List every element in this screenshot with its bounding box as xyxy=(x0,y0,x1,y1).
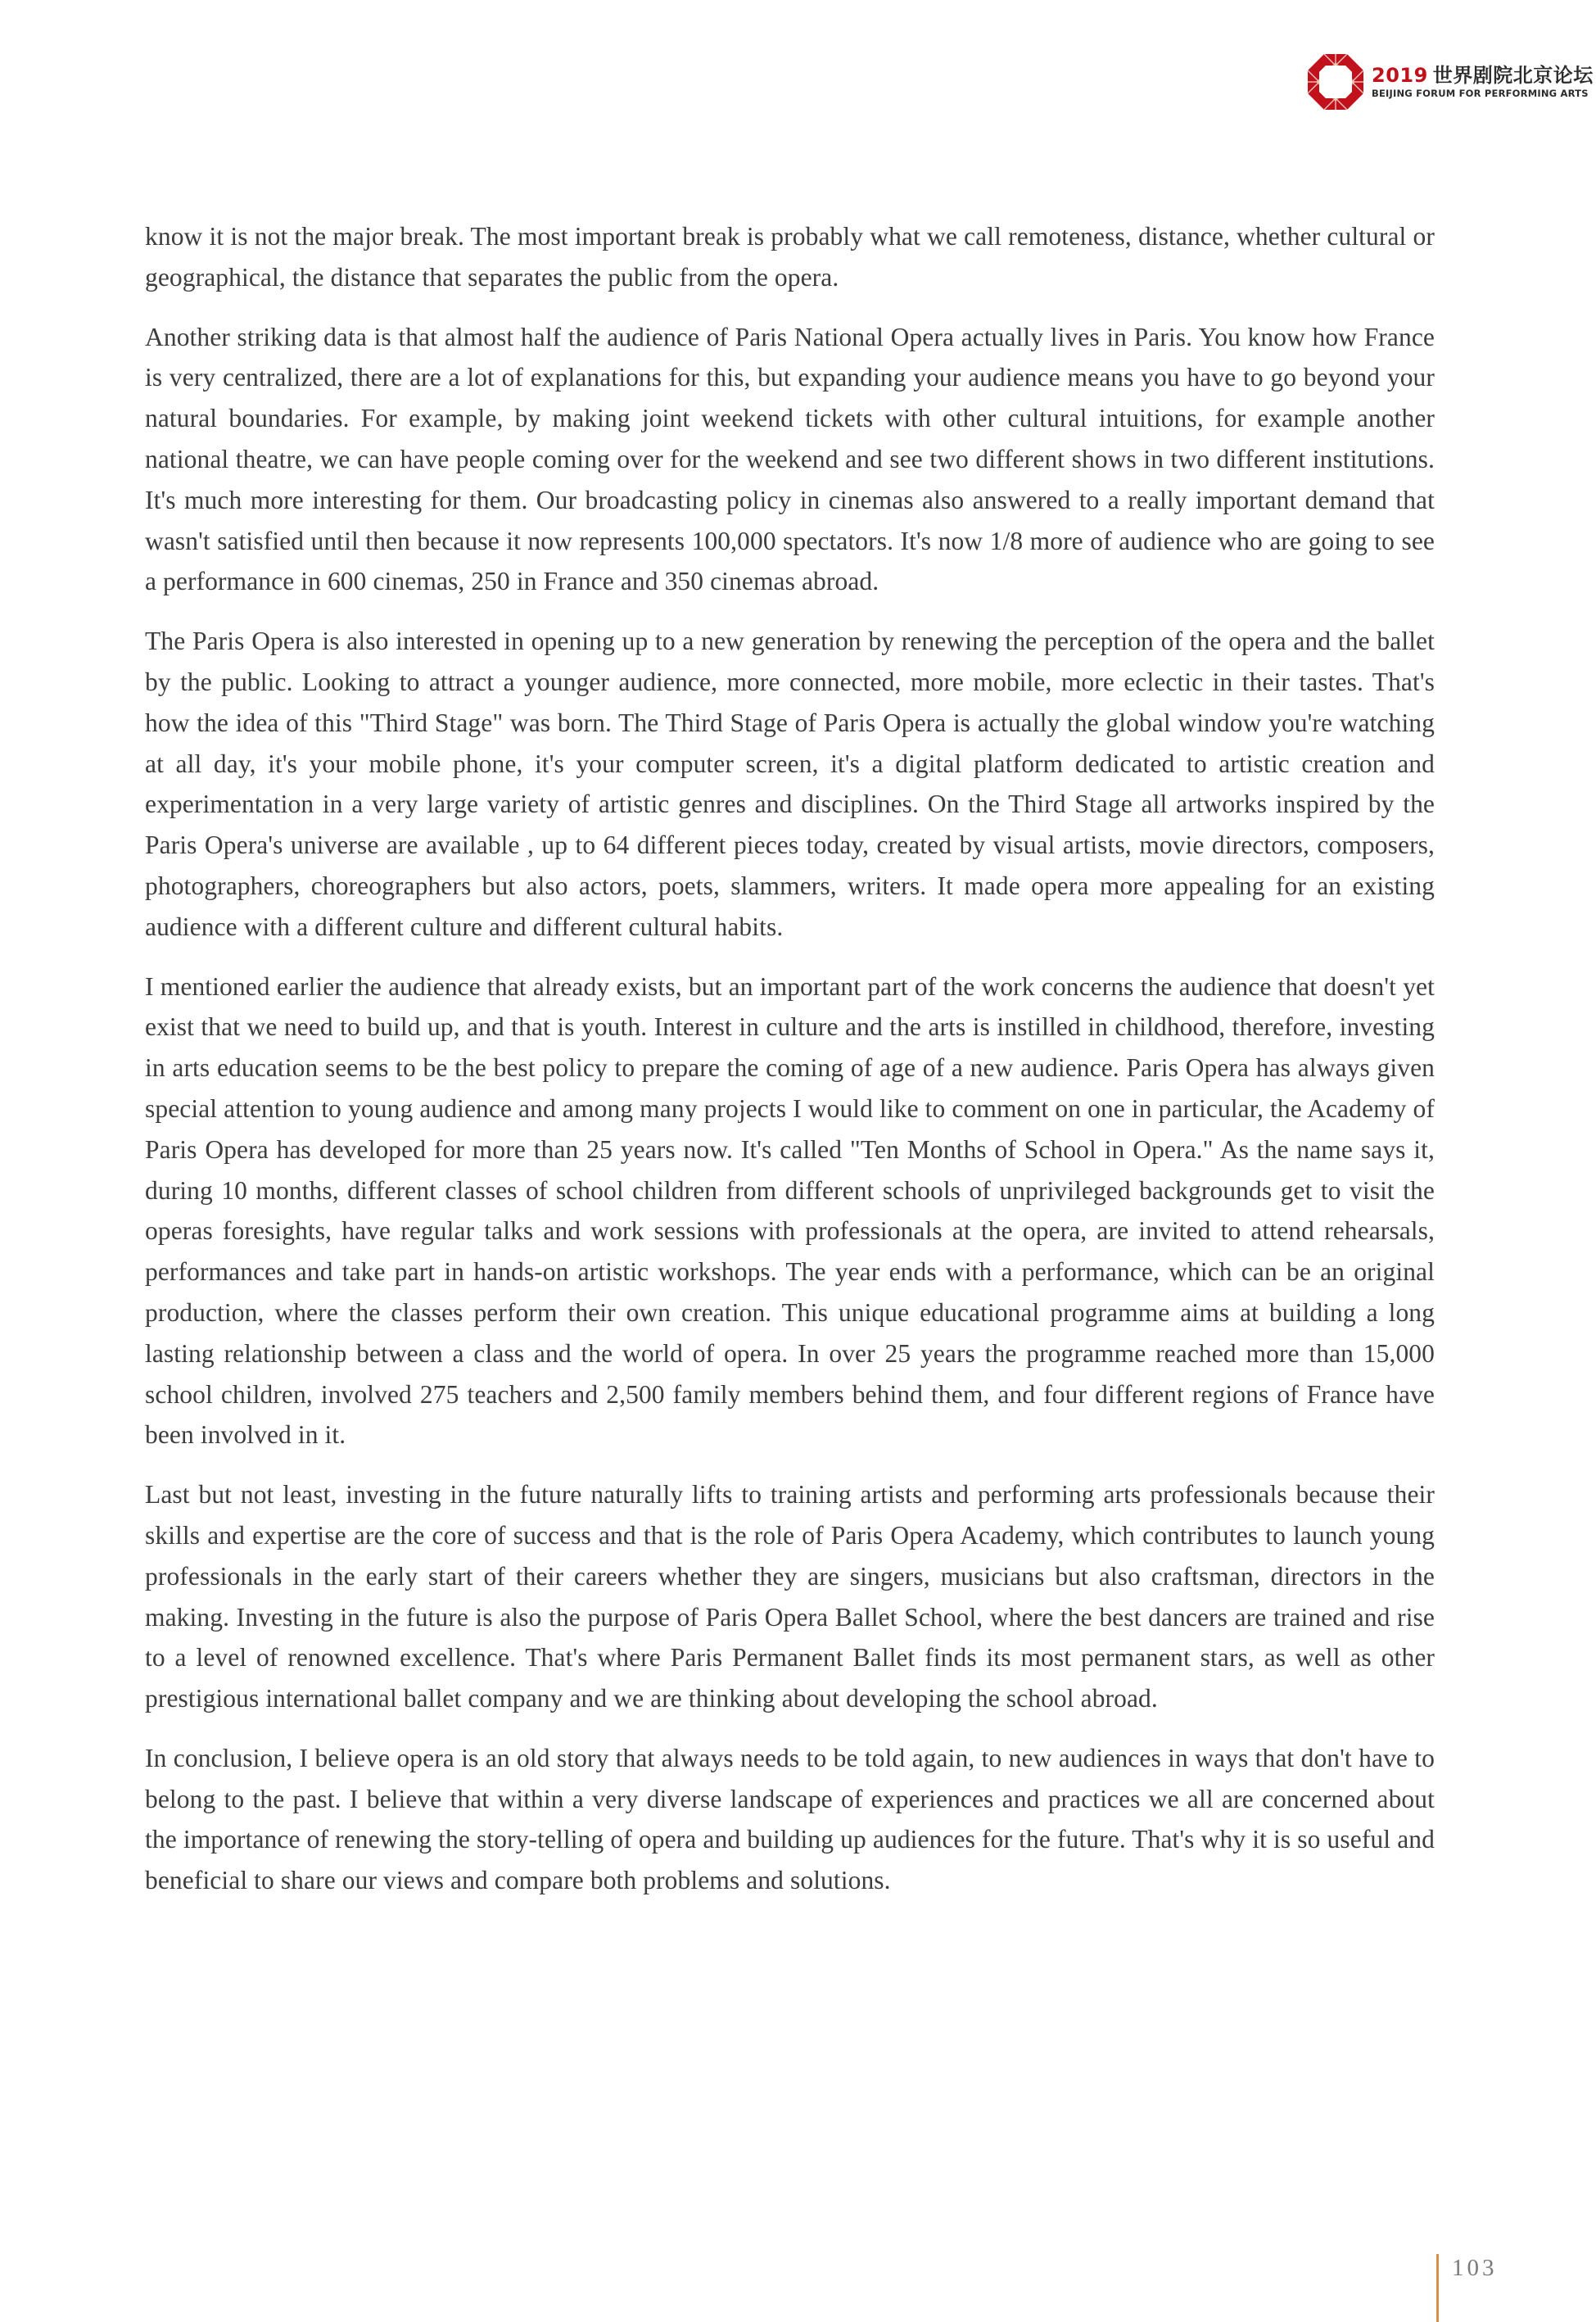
page-number: 103 xyxy=(1452,2254,1498,2282)
paragraph: The Paris Opera is also interested in op… xyxy=(145,621,1435,947)
page-number-divider xyxy=(1436,2254,1439,2322)
paragraph: In conclusion, I believe opera is an old… xyxy=(145,1738,1435,1901)
paragraph: Another striking data is that almost hal… xyxy=(145,317,1435,603)
octagon-lattice-logo-icon xyxy=(1308,54,1363,110)
article-body: know it is not the major break. The most… xyxy=(145,216,1435,1920)
logo-year: 2019 xyxy=(1372,64,1428,87)
paragraph: I mentioned earlier the audience that al… xyxy=(145,966,1435,1456)
logo-subtitle: BEIJING FORUM FOR PERFORMING ARTS xyxy=(1372,87,1594,100)
logo-title: 2019世界剧院北京论坛 xyxy=(1372,64,1594,87)
logo-title-cn: 世界剧院北京论坛 xyxy=(1433,64,1594,87)
forum-logo: 2019世界剧院北京论坛 BEIJING FORUM FOR PERFORMIN… xyxy=(1308,54,1594,110)
paragraph: Last but not least, investing in the fut… xyxy=(145,1474,1435,1719)
paragraph: know it is not the major break. The most… xyxy=(145,216,1435,298)
